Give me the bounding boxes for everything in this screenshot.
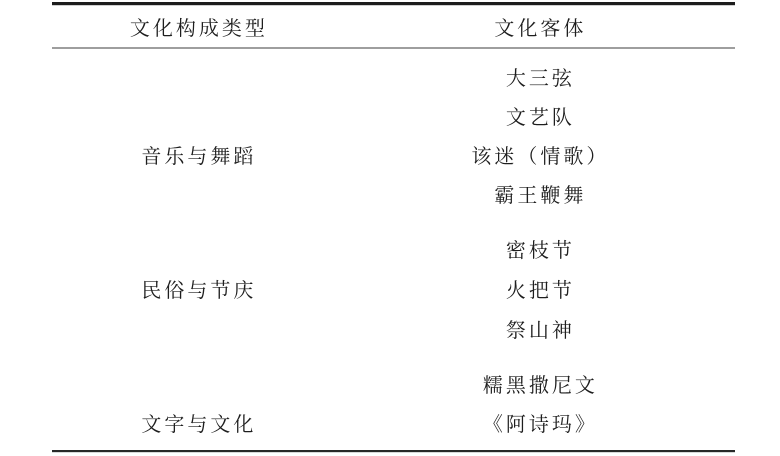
table-bottom-rule <box>52 450 735 453</box>
table-body: 大三弦 文艺队 音乐与舞蹈 该迷（情歌） 霸王鞭舞 密枝节 民俗与节庆 火把节 … <box>52 57 735 450</box>
table-header-row: 文化构成类型 文化客体 <box>52 6 735 47</box>
table-cell-item: 糯黑撒尼文 <box>346 364 735 403</box>
column-header-culture-object: 文化客体 <box>346 12 735 41</box>
table-group-music-dance: 大三弦 文艺队 音乐与舞蹈 该迷（情歌） 霸王鞭舞 <box>52 57 735 213</box>
table-cell-item: 大三弦 <box>346 57 735 96</box>
table-cell-item: 霸王鞭舞 <box>346 174 735 213</box>
table-cell-item: 祭山神 <box>346 308 735 348</box>
table-cell-item: 《阿诗玛》 <box>346 403 735 442</box>
group-label: 民俗与节庆 <box>52 268 346 308</box>
table-cell-item: 密枝节 <box>346 228 735 268</box>
culture-table: 文化构成类型 文化客体 大三弦 文艺队 音乐与舞蹈 该迷（情歌） 霸王鞭舞 密枝… <box>52 2 735 453</box>
table-group-folklore-festivals: 密枝节 民俗与节庆 火把节 祭山神 <box>52 228 735 348</box>
table-cell-item: 火把节 <box>346 268 735 308</box>
column-header-culture-type: 文化构成类型 <box>52 12 346 41</box>
group-label: 文字与文化 <box>52 403 346 442</box>
table-cell-item: 文艺队 <box>346 96 735 135</box>
group-label: 音乐与舞蹈 <box>52 135 346 174</box>
table-cell-item: 该迷（情歌） <box>346 135 735 174</box>
scanned-table-page: 文化构成类型 文化客体 大三弦 文艺队 音乐与舞蹈 该迷（情歌） 霸王鞭舞 密枝… <box>0 0 780 456</box>
table-header-rule <box>52 47 735 49</box>
table-group-script-culture: 糯黑撒尼文 文字与文化 《阿诗玛》 <box>52 364 735 442</box>
